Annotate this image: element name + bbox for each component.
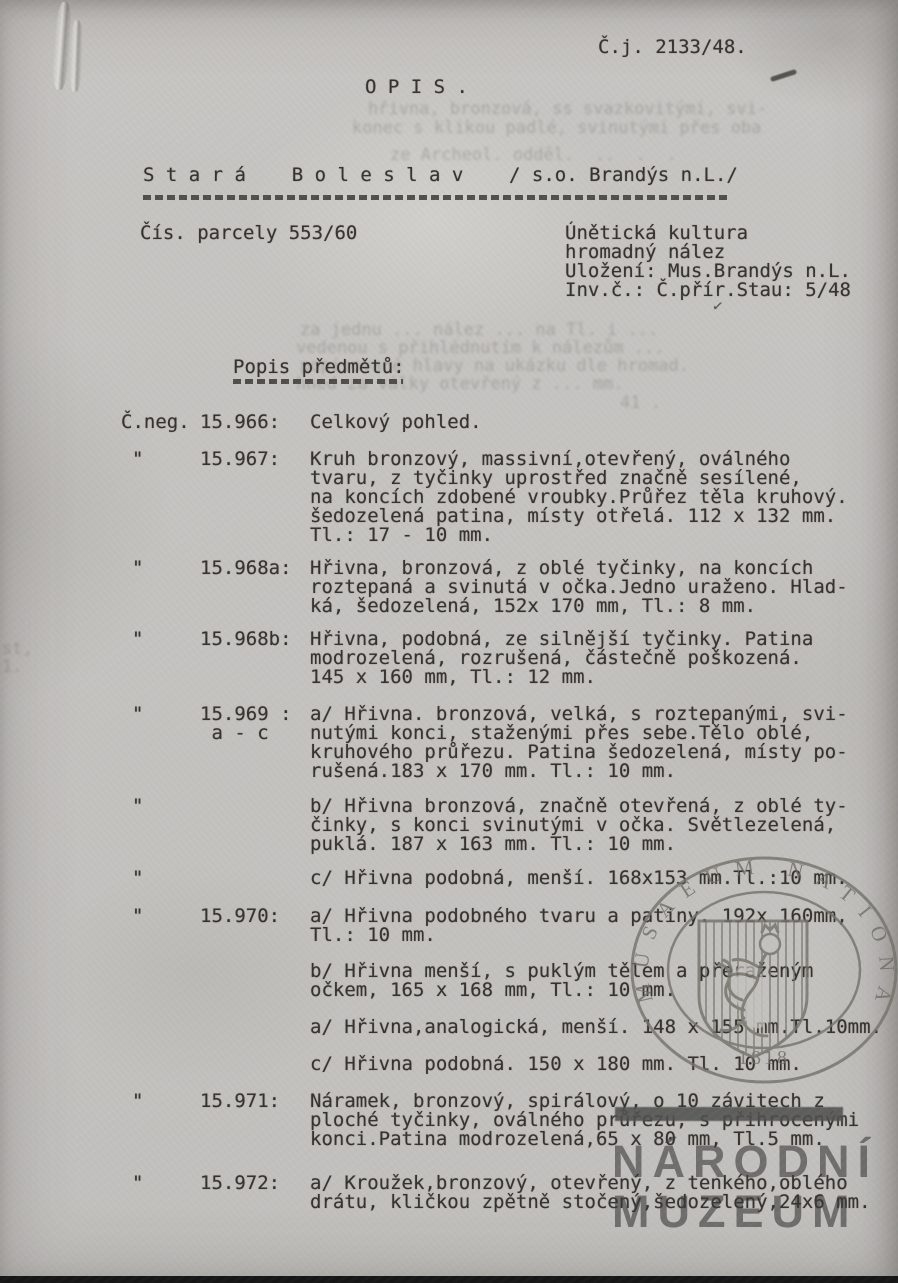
entry-description: Celkový pohled. xyxy=(310,413,482,432)
ditto-mark: " xyxy=(132,705,143,724)
entry-description: Hřivna, bronzová, z oblé tyčinky, na kon… xyxy=(310,559,848,616)
find-info-block: Únětická kultura hromadný nález Uložení:… xyxy=(565,224,851,300)
site-heading-underline xyxy=(143,195,731,200)
ditto-mark: " xyxy=(132,559,143,578)
entry-number: 15.966: xyxy=(200,413,280,432)
ref-number: Č.j. 2133/48. xyxy=(598,38,747,57)
ditto-mark: " xyxy=(132,797,143,816)
entry-number: 15.972: xyxy=(200,1174,280,1193)
scan-bottom-edge xyxy=(0,1276,898,1283)
ghost-text-line: hřivna, bronzová, ss svazkovitými, svi- xyxy=(368,100,767,118)
document-page: hřivna, bronzová, ss svazkovitými, svi- … xyxy=(0,0,898,1283)
ghost-text-line: za jednu ... nález ... na Tl. i ... xyxy=(300,321,658,339)
czech-lion-emblem xyxy=(719,925,780,1036)
entry-number: 15.970: xyxy=(200,907,280,926)
entry-description: Kruh bronzový, massivní,otevřený, oválné… xyxy=(310,450,848,545)
document-title: O P I S . xyxy=(365,78,468,97)
ghost-text-line: konec s klikou padlé, svinutými přes oba xyxy=(352,119,761,137)
entry-number: 15.968a: xyxy=(200,559,292,578)
ghost-text-line: st, xyxy=(2,640,33,658)
ditto-mark: " xyxy=(132,630,143,649)
ditto-mark: " xyxy=(132,450,143,469)
entry-number: 15.969 : a - c xyxy=(200,705,292,743)
ditto-mark: " xyxy=(132,907,143,926)
entry-description: a/ Hřivna. bronzová, velká, s roztepaným… xyxy=(310,705,848,781)
watermark-line-1: NÁRODNÍ xyxy=(612,1136,878,1188)
entry-prefix: Č.neg. xyxy=(121,413,190,432)
section-heading-underline xyxy=(233,379,403,384)
pencil-mark xyxy=(770,69,797,82)
watermark-line-2: MUZEUM xyxy=(612,1186,857,1238)
entry-number: 15.968b: xyxy=(200,630,292,649)
ditto-mark: " xyxy=(132,869,143,888)
ghost-text-line: vedenou s přihlédnutím k nálezům ... xyxy=(296,339,664,357)
museum-seal-stamp: MUSAEUM NATIONALE 1818 xyxy=(618,852,898,1092)
entry-description: b/ Hřivna bronzová, značně otevřená, z o… xyxy=(310,797,848,854)
parcel-number: Čís. parcely 553/60 xyxy=(140,224,357,243)
entry-number: 15.971: xyxy=(200,1092,280,1111)
ghost-text-line: ze Archeol. odděl. .. . . xyxy=(390,146,677,164)
entry-number: 15.967: xyxy=(200,450,280,469)
ghost-text-line: 1. xyxy=(2,658,22,676)
ditto-mark: " xyxy=(132,1174,143,1193)
check-mark: ✓ xyxy=(712,295,724,315)
ghost-text-line: 41 . xyxy=(620,394,661,412)
entry-description: Hřivna, podobná, ze silnější tyčinky. Pa… xyxy=(310,630,813,687)
section-heading: Popis předmětů: xyxy=(233,358,405,377)
redaction-bar xyxy=(615,1107,843,1121)
paper-crease xyxy=(69,20,84,92)
seal-year: 1818 xyxy=(738,1047,790,1069)
ditto-mark: " xyxy=(132,1092,143,1111)
site-heading: S t a r á B o l e s l a v / s.o. Brandýs… xyxy=(143,166,738,185)
